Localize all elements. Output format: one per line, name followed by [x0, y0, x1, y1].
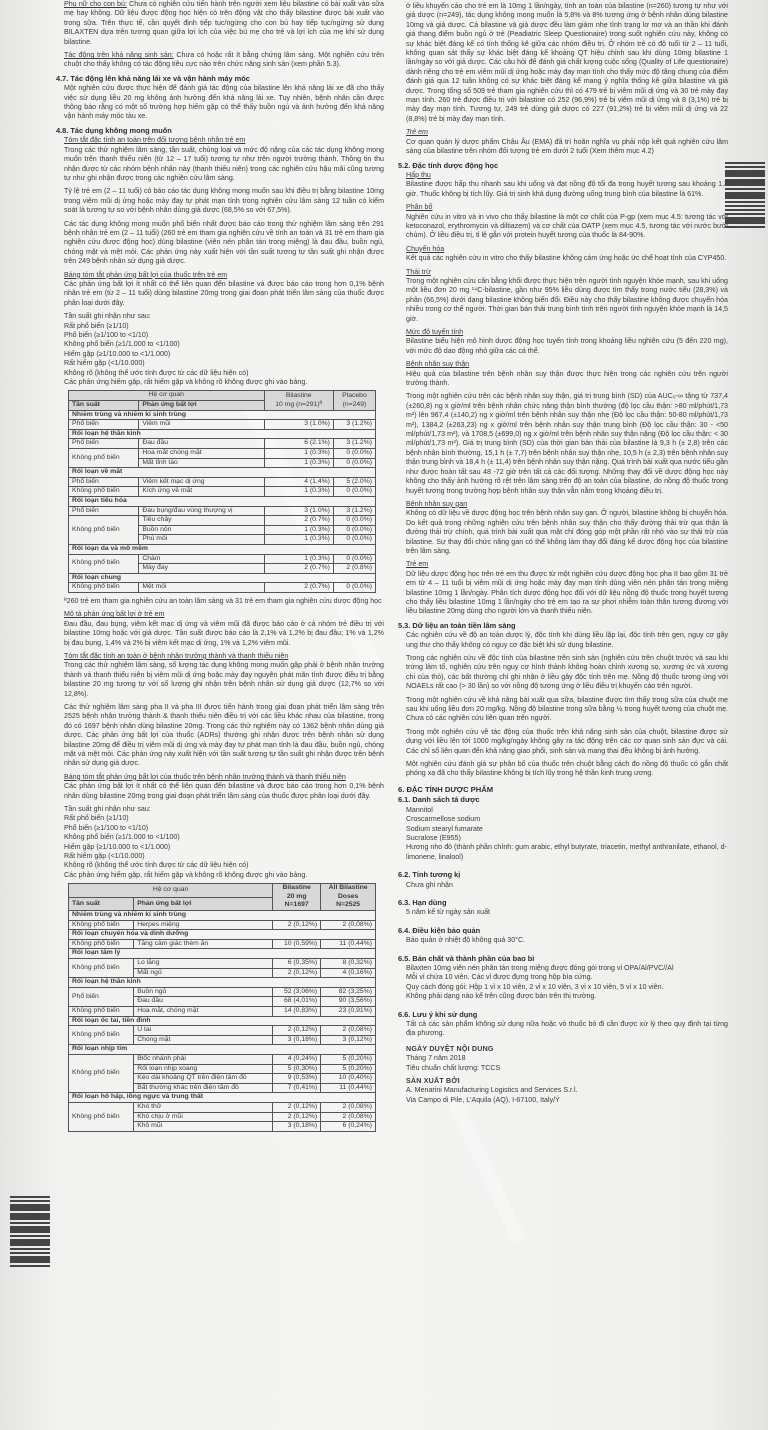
frequency-item: Phổ biến (≥1/100 to <1/10): [64, 331, 384, 340]
count-cell: 0 (0.0%): [333, 487, 375, 497]
absorption-text: Bilastine được hấp thu nhanh sau khi uốn…: [406, 180, 728, 199]
table-group-row: Rối loạn hô hấp, lồng ngực và trung thất: [69, 1093, 376, 1103]
organ-class: Rối loạn chuyển hóa và dinh dưỡng: [69, 930, 376, 940]
table-row: Không phổ biếnMệt mỏi2 (0.7%)0 (0.0%): [69, 583, 376, 593]
reaction-cell: Phù môi: [139, 535, 264, 545]
section-6-4-title: 6.4. Điều kiện bảo quản: [398, 926, 728, 935]
reaction-cell: Kéo dài khoảng QT trên điện tâm đồ: [134, 1074, 273, 1084]
table-group-row: Rối loạn nhịp tim: [69, 1045, 376, 1055]
reaction-cell: Chóng mặt: [134, 1035, 273, 1045]
adult-paragraph-2: Các thử nghiệm lâm sàng pha II và pha II…: [64, 703, 384, 769]
count-cell: 5 (0,20%): [321, 1054, 376, 1064]
organ-class: Rối loạn tâm lý: [69, 949, 376, 959]
frequency-item: Không rõ (không thể ước tính được từ các…: [64, 369, 384, 378]
count-cell: 11 (0,44%): [321, 939, 376, 949]
count-cell: 3 (1.0%): [264, 420, 333, 430]
table-group-row: Rối loạn chuyển hóa và dinh dưỡng: [69, 930, 376, 940]
peds-paragraph-3: Các tác dụng không mong muốn phổ biến nh…: [64, 220, 384, 267]
frequency-item: Rất hiếm gặp (<1/10.000): [64, 852, 384, 861]
excipient-item: Mannitol: [406, 806, 728, 815]
reaction-cell: Đau đầu: [134, 997, 273, 1007]
count-cell: 2 (0,12%): [273, 1026, 321, 1036]
count-cell: 2 (0,08%): [321, 1102, 376, 1112]
metabolism-text: Kết quả các nghiên cứu in vitro cho thấy…: [406, 254, 728, 263]
count-cell: 3 (0,12%): [321, 1035, 376, 1045]
reaction-cell: Buồn nôn: [139, 525, 264, 535]
organ-class: Rối loạn nhịp tim: [69, 1045, 376, 1055]
count-cell: 2 (0.7%): [264, 583, 333, 593]
section-6-2-title: 6.2. Tính tương kị: [398, 870, 728, 879]
count-cell: 10 (0,59%): [273, 939, 321, 949]
count-cell: 0 (0.0%): [333, 535, 375, 545]
table-group-row: Rối loạn chung: [69, 573, 376, 583]
peds-pk-text: Dữ liệu dược động học trên trẻ em thu đư…: [406, 570, 728, 617]
preclinical-paragraph-3: Trong một nghiên cứu về khả năng bài xuấ…: [406, 696, 728, 724]
count-cell: 2 (0,12%): [273, 920, 321, 930]
children-heading: Trẻ em: [406, 128, 728, 137]
approval-date: Tháng 7 năm 2018: [406, 1054, 728, 1063]
reaction-cell: Herpes miệng: [134, 920, 273, 930]
frequency-cell: Không phổ biến: [69, 1007, 134, 1017]
frequency-item: Hiếm gặp (≥1/10.000 to <1/1.000): [64, 843, 384, 852]
frequency-cell: Phổ biến: [69, 420, 139, 430]
organ-class: Rối loạn chung: [69, 573, 376, 583]
reaction-cell: Hoa mắt chóng mặt: [139, 449, 264, 459]
count-cell: 3 (0,18%): [273, 1035, 321, 1045]
count-cell: 11 (0,44%): [321, 1083, 376, 1093]
table-row: Không phổ biếnKích ứng về mắt1 (0.3%)0 (…: [69, 487, 376, 497]
peds-table-footnote: ª260 trẻ em tham gia nghiên cứu an toàn …: [64, 597, 384, 606]
header-frequency: Tần suất: [69, 897, 134, 910]
count-cell: 0 (0.0%): [333, 554, 375, 564]
section-6-title: 6. ĐẶC TÍNH DƯỢC PHẨM: [398, 785, 728, 794]
count-cell: 2 (0,12%): [273, 1112, 321, 1122]
count-cell: 1 (0.3%): [264, 535, 333, 545]
frequency-item: Không phổ biến (≥1/1.000 to <1/100): [64, 340, 384, 349]
packaging-line: Bilaxten 10mg viên nén phân tán trong mi…: [406, 964, 728, 973]
frequency-item: Phổ biến (≥1/100 to <1/10): [64, 824, 384, 833]
table-row: Không phổ biếnChàm1 (0.3%)0 (0.0%): [69, 554, 376, 564]
distribution-heading: Phân bố: [406, 203, 728, 212]
count-cell: 0 (0.0%): [333, 449, 375, 459]
organ-class: Rối loạn da và mô mềm: [69, 544, 376, 554]
table-group-row: Rối loạn ốc tai, tiền đình: [69, 1016, 376, 1026]
peds-paragraph-1: Trong các thử nghiệm lâm sàng, tần suất,…: [64, 146, 384, 184]
count-cell: 5 (0,20%): [321, 1064, 376, 1074]
header-bilastine-20mg: Bilastine20 mgN=1697: [273, 884, 321, 911]
table-group-row: Nhiễm trùng và nhiễm kí sinh trùng: [69, 410, 376, 420]
reaction-cell: Mày đay: [139, 564, 264, 574]
renal-heading: Bệnh nhân suy thận: [406, 360, 728, 369]
children-text: Cơ quan quản lý dược phẩm Châu Âu (EMA) …: [406, 138, 728, 157]
count-cell: 3 (1.0%): [264, 506, 333, 516]
count-cell: 3 (0,18%): [273, 1122, 321, 1132]
table-row: Không phổ biếnLo lắng6 (0,35%)8 (0,32%): [69, 959, 376, 969]
packaging-line: Mỗi vỉ chứa 10 viên. Các vỉ được đựng tr…: [406, 973, 728, 982]
manufacturer-name: A. Menarini Manufacturing Logistics and …: [406, 1086, 728, 1095]
count-cell: 52 (3,06%): [273, 987, 321, 997]
excipient-item: Sucralose (E955): [406, 834, 728, 843]
count-cell: 2 (0,08%): [321, 1026, 376, 1036]
frequency-item: Không rõ (không thể ước tính được từ các…: [64, 861, 384, 870]
table-row: Không phổ biếnTăng cảm giác thèm ăn10 (0…: [69, 939, 376, 949]
section-6-2-text: Chưa ghi nhận: [398, 881, 728, 890]
breastfeeding-paragraph: Phụ nữ cho con bú: Chưa có nghiên cứu ti…: [56, 0, 384, 47]
section-6-6-title: 6.6. Lưu ý khi sử dụng: [398, 1010, 728, 1019]
frequency-item: Rất phổ biến (≥1/10): [64, 814, 384, 823]
peds-paragraph-2: Tỷ lệ trẻ em (2 – 11 tuổi) có báo cáo tá…: [64, 187, 384, 215]
count-cell: 4 (1.4%): [264, 477, 333, 487]
reaction-cell: Ù tai: [134, 1026, 273, 1036]
table-row: Phổ biếnĐau đầu6 (2.1%)3 (1.2%): [69, 439, 376, 449]
frequency-item: Rất hiếm gặp (<1/10.000): [64, 359, 384, 368]
manufacturer-title: SẢN XUẤT BỞI: [406, 1077, 728, 1086]
count-cell: 2 (0,12%): [273, 968, 321, 978]
count-cell: 2 (0.8%): [333, 564, 375, 574]
table-row: Phổ biếnBuồn ngủ52 (3,06%)82 (3,25%): [69, 987, 376, 997]
reaction-cell: Kích ứng về mắt: [139, 487, 264, 497]
renal-text-1: Hiệu quả của bilastine trên bệnh nhân su…: [406, 370, 728, 389]
peds-desc-text: Đau đầu, đau bụng, viêm kết mạc dị ứng v…: [64, 620, 384, 648]
reaction-cell: Hoa mắt, chóng mặt: [134, 1007, 273, 1017]
count-cell: 6 (2.1%): [264, 439, 333, 449]
organ-class: Rối loạn hệ thần kinh: [69, 429, 376, 439]
reaction-cell: Buồn ngủ: [134, 987, 273, 997]
count-cell: 2 (0,12%): [273, 1102, 321, 1112]
quality-standard: Tiêu chuẩn chất lượng: TCCS: [406, 1064, 728, 1073]
reaction-cell: Bất thường khác trên điện tâm đồ: [134, 1083, 273, 1093]
table-row: Không phổ biếnHoa mắt, chóng mặt14 (0,83…: [69, 1007, 376, 1017]
elimination-heading: Thải trừ: [406, 268, 728, 277]
frequency-cell: Không phổ biến: [69, 583, 139, 593]
count-cell: 68 (4,01%): [273, 997, 321, 1007]
reaction-cell: Mệt mỏi: [139, 583, 264, 593]
count-cell: 82 (3,25%): [321, 987, 376, 997]
header-frequency: Tần suất: [69, 401, 139, 411]
preclinical-paragraph-5: Một nghiên cứu đánh giá sự phân bố của t…: [406, 760, 728, 779]
frequency-cell: Không phổ biến: [69, 1054, 134, 1092]
frequency-cell: Phổ biến: [69, 439, 139, 449]
right-column: ở liều khuyến cáo cho trẻ em là 10mg 1 l…: [398, 2, 728, 1105]
frequency-cell: Không phổ biến: [69, 554, 139, 573]
frequency-cell: Không phổ biến: [69, 939, 134, 949]
preclinical-paragraph-2: Trong các nghiên cứu về độc tính của bil…: [406, 654, 728, 692]
frequency-item: Hiếm gặp (≥1/10.000 to <1/1.000): [64, 350, 384, 359]
organ-class: Rối loạn tiêu hóa: [69, 496, 376, 506]
count-cell: 10 (0,40%): [321, 1074, 376, 1084]
frequency-cell: Phổ biến: [69, 477, 139, 487]
excipient-item: Hương nho đỏ (thành phần chính: gum arab…: [406, 843, 728, 862]
reaction-cell: Viêm mũi: [139, 420, 264, 430]
frequency-item: Rất phổ biến (≥1/10): [64, 322, 384, 331]
count-cell: 6 (0,35%): [273, 959, 321, 969]
approval-title: NGÀY DUYỆT NỘI DUNG: [406, 1045, 728, 1054]
frequency-cell: Không phổ biến: [69, 920, 134, 930]
count-cell: 0 (0.0%): [333, 583, 375, 593]
count-cell: 2 (0,08%): [321, 920, 376, 930]
header-reaction: Phản ứng bất lợi: [139, 401, 264, 411]
reaction-cell: Tăng cảm giác thèm ăn: [134, 939, 273, 949]
header-organ: Hệ cơ quan: [69, 884, 273, 897]
linearity-heading: Mức độ tuyến tính: [406, 328, 728, 337]
peds-summary-heading: Tóm tắt đặc tính an toàn trên đối tượng …: [64, 136, 384, 145]
section-4-8-title: 4.8. Tác dụng không mong muốn: [56, 126, 384, 135]
section-6-4-text: Bảo quản ở nhiệt độ không quá 30°C.: [398, 936, 728, 945]
header-reaction: Phản ứng bất lợi: [134, 897, 273, 910]
count-cell: 5 (2.0%): [333, 477, 375, 487]
frequency-cell: Không phổ biến: [69, 1026, 134, 1045]
count-cell: 0 (0.0%): [333, 458, 375, 468]
count-cell: 6 (0,24%): [321, 1122, 376, 1132]
table-group-row: Rối loạn tâm lý: [69, 949, 376, 959]
hepatic-heading: Bệnh nhân suy gan: [406, 500, 728, 509]
reaction-cell: Khó chịu ở mũi: [134, 1112, 273, 1122]
reaction-cell: Mất ngủ: [134, 968, 273, 978]
table-row: Phổ biếnĐau bụng/đau vùng thượng vị3 (1.…: [69, 506, 376, 516]
count-cell: 14 (0,83%): [273, 1007, 321, 1017]
preclinical-paragraph-1: Các nghiên cứu về độ an toàn dược lý, độ…: [406, 631, 728, 650]
section-5-2-title: 5.2. Đặc tính dược động học: [398, 161, 728, 170]
table-group-row: Rối loạn tiêu hóa: [69, 496, 376, 506]
header-organ: Hệ cơ quan: [69, 391, 265, 401]
table-row: Không phổ biếnTiêu chảy2 (0.7%)0 (0.0%): [69, 516, 376, 526]
adult-summary-heading: Tóm tắt đặc tính an toàn ở bệnh nhân trư…: [64, 652, 384, 661]
hepatic-text: Không có dữ liệu về dược động học trên b…: [406, 509, 728, 556]
section-4-7-title: 4.7. Tác động lên khả năng lái xe và vận…: [56, 74, 384, 83]
count-cell: 7 (0,41%): [273, 1083, 321, 1093]
excipients-list: MannitolCroscarmellose sodiumSodium stea…: [398, 806, 728, 862]
table-group-row: Rối loạn hệ thần kinh: [69, 429, 376, 439]
table-group-row: Rối loạn da và mô mềm: [69, 544, 376, 554]
distribution-text: Nghiên cứu in vitro và in vivo cho thấy …: [406, 213, 728, 241]
reaction-cell: Lo lắng: [134, 959, 273, 969]
organ-class: Rối loạn ốc tai, tiền đình: [69, 1016, 376, 1026]
left-column: Phụ nữ cho con bú: Chưa có nghiên cứu ti…: [56, 0, 384, 1136]
count-cell: 9 (0,53%): [273, 1074, 321, 1084]
reaction-cell: Đau đầu: [139, 439, 264, 449]
count-cell: 1 (0.3%): [264, 525, 333, 535]
header-placebo: Placebo(n=249): [333, 391, 375, 410]
peds-safety-continuation: ở liều khuyến cáo cho trẻ em là 10mg 1 l…: [398, 2, 728, 124]
count-cell: 3 (1.2%): [333, 439, 375, 449]
peds-pk-heading: Trẻ em: [406, 560, 728, 569]
packaging-line: Quy cách đóng gói: Hộp 1 vỉ x 10 viên, 2…: [406, 983, 728, 992]
frequency-item: Không phổ biến (≥1/1.000 to <1/100): [64, 833, 384, 842]
section-6-1-title: 6.1. Danh sách tá dược: [398, 795, 728, 804]
organ-class: Rối loạn hô hấp, lồng ngực và trung thất: [69, 1093, 376, 1103]
count-cell: 5 (0,30%): [273, 1064, 321, 1074]
frequency-list-peds: Tần suất ghi nhận như sau: Rất phổ biến …: [64, 312, 384, 387]
count-cell: 23 (0,91%): [321, 1007, 376, 1017]
table-group-row: Nhiễm trùng và nhiễm kí sinh trùng: [69, 911, 376, 921]
reaction-cell: Mất tỉnh táo: [139, 458, 264, 468]
section-6-5-title: 6.5. Bản chất và thành phần của bao bì: [398, 954, 728, 963]
scanned-leaflet-page: Phụ nữ cho con bú: Chưa có nghiên cứu ti…: [0, 0, 768, 1430]
count-cell: 4 (0,24%): [273, 1054, 321, 1064]
adult-table-intro: Các phản ứng bất lợi ít nhất có thể liên…: [64, 782, 384, 801]
organ-class: Nhiễm trùng và nhiễm kí sinh trùng: [69, 911, 376, 921]
reaction-cell: Chàm: [139, 554, 264, 564]
frequency-cell: Phổ biến: [69, 506, 139, 516]
reaction-cell: Blốc nhánh phải: [134, 1054, 273, 1064]
header-all-doses: All BilastineDosesN=2525: [321, 884, 376, 911]
frequency-cell: Không phổ biến: [69, 516, 139, 545]
table-row: Không phổ biếnHoa mắt chóng mặt1 (0.3%)0…: [69, 449, 376, 459]
count-cell: 1 (0.3%): [264, 449, 333, 459]
section-5-3-title: 5.3. Dữ liệu an toàn tiền lâm sàng: [398, 621, 728, 630]
table-row: Không phổ biếnBlốc nhánh phải4 (0,24%)5 …: [69, 1054, 376, 1064]
frequency-item: Các phản ứng hiếm gặp, rất hiếm gặp và k…: [64, 871, 384, 880]
count-cell: 0 (0.0%): [333, 516, 375, 526]
count-cell: 3 (1.2%): [333, 506, 375, 516]
count-cell: 2 (0.7%): [264, 516, 333, 526]
adult-table-heading: Bảng tóm tắt phản ứng bất lợi của thuốc …: [64, 773, 384, 782]
frequency-cell: Không phổ biến: [69, 487, 139, 497]
frequency-item: Các phản ứng hiếm gặp, rất hiếm gặp và k…: [64, 378, 384, 387]
reaction-cell: Khô mũi: [134, 1122, 273, 1132]
packaging-line: Không phải dạng nào kể trên cũng được bá…: [406, 992, 728, 1001]
metabolism-heading: Chuyển hóa: [406, 245, 728, 254]
count-cell: 1 (0.3%): [264, 554, 333, 564]
section-4-7-text: Một nghiên cứu được thực hiện để đánh gi…: [56, 84, 384, 122]
frequency-cell: Phổ biến: [69, 987, 134, 1006]
frequency-cell: Không phổ biến: [69, 449, 139, 468]
manufacturer-address: Via Campo di Pile, L'Aquila (AQ), I-6710…: [406, 1096, 728, 1105]
edge-barcode-left: [10, 1196, 50, 1267]
table-row: Không phổ biếnÙ tai2 (0,12%)2 (0,08%): [69, 1026, 376, 1036]
table-group-row: Rối loạn về mắt: [69, 468, 376, 478]
section-6-6-text: Tất cả các sản phẩm không sử dụng nữa ho…: [398, 1020, 728, 1039]
frequency-cell: Không phổ biến: [69, 1102, 134, 1131]
frequency-list-adult: Tần suất ghi nhận như sau: Rất phổ biến …: [64, 805, 384, 880]
excipient-item: Croscarmellose sodium: [406, 815, 728, 824]
count-cell: 3 (1.2%): [333, 420, 375, 430]
peds-desc-heading: Mô tả phản ứng bất lợi ở trẻ em: [64, 610, 384, 619]
reaction-cell: Viêm kết mạc dị ứng: [139, 477, 264, 487]
adult-paragraph-1: Trong các thử nghiệm lâm sàng, số lượng …: [64, 661, 384, 699]
section-6-3-title: 6.3. Hạn dùng: [398, 898, 728, 907]
renal-text-2: Trong một nghiên cứu trên các bệnh nhân …: [406, 392, 728, 495]
peds-adverse-reactions-table: Hệ cơ quan Bilastine10 mg (n=291)ª Place…: [68, 390, 376, 592]
packaging-list: Bilaxten 10mg viên nén phân tán trong mi…: [398, 964, 728, 1002]
linearity-text: Bilastine biểu hiện mô hình dược động họ…: [406, 337, 728, 356]
count-cell: 4 (0,16%): [321, 968, 376, 978]
elimination-text: Trong một nghiên cứu cân bằng khối được …: [406, 277, 728, 324]
fertility-paragraph: Tác động trên khả năng sinh sản: Chưa có…: [56, 51, 384, 70]
count-cell: 1 (0.3%): [264, 487, 333, 497]
table-row: Không phổ biếnHerpes miệng2 (0,12%)2 (0,…: [69, 920, 376, 930]
organ-class: Rối loạn về mắt: [69, 468, 376, 478]
absorption-heading: Hấp thu: [406, 171, 728, 180]
table-row: Phổ biếnViêm mũi3 (1.0%)3 (1.2%): [69, 420, 376, 430]
edge-barcode-right: [725, 162, 765, 228]
organ-class: Rối loạn hệ thần kinh: [69, 978, 376, 988]
table-row: Phổ biếnViêm kết mạc dị ứng4 (1.4%)5 (2.…: [69, 477, 376, 487]
reaction-cell: Tiêu chảy: [139, 516, 264, 526]
count-cell: 0 (0.0%): [333, 525, 375, 535]
frequency-cell: Không phổ biến: [69, 959, 134, 978]
count-cell: 90 (3,56%): [321, 997, 376, 1007]
peds-table-intro: Các phản ứng bất lợi ít nhất có thể liên…: [64, 280, 384, 308]
table-row: Không phổ biếnKhó thở2 (0,12%)2 (0,08%): [69, 1102, 376, 1112]
preclinical-paragraph-4: Trong một nghiên cứu về tác động của thu…: [406, 728, 728, 756]
reaction-cell: Rối loạn nhịp xoang: [134, 1064, 273, 1074]
adult-adverse-reactions-table: Hệ cơ quan Bilastine20 mgN=1697 All Bila…: [68, 883, 376, 1131]
count-cell: 1 (0.3%): [264, 458, 333, 468]
reaction-cell: Khó thở: [134, 1102, 273, 1112]
organ-class: Nhiễm trùng và nhiễm kí sinh trùng: [69, 410, 376, 420]
section-6-3-text: 5 năm kể từ ngày sản xuất: [398, 908, 728, 917]
header-bilastine-10mg: Bilastine10 mg (n=291)ª: [264, 391, 333, 410]
reaction-cell: Đau bụng/đau vùng thượng vị: [139, 506, 264, 516]
count-cell: 8 (0,32%): [321, 959, 376, 969]
table-group-row: Rối loạn hệ thần kinh: [69, 978, 376, 988]
count-cell: 2 (0,08%): [321, 1112, 376, 1122]
excipient-item: Sodium stearyl fumarate: [406, 825, 728, 834]
count-cell: 2 (0.7%): [264, 564, 333, 574]
peds-table-heading: Bảng tóm tắt phản ứng bất lợi của thuốc …: [64, 271, 384, 280]
